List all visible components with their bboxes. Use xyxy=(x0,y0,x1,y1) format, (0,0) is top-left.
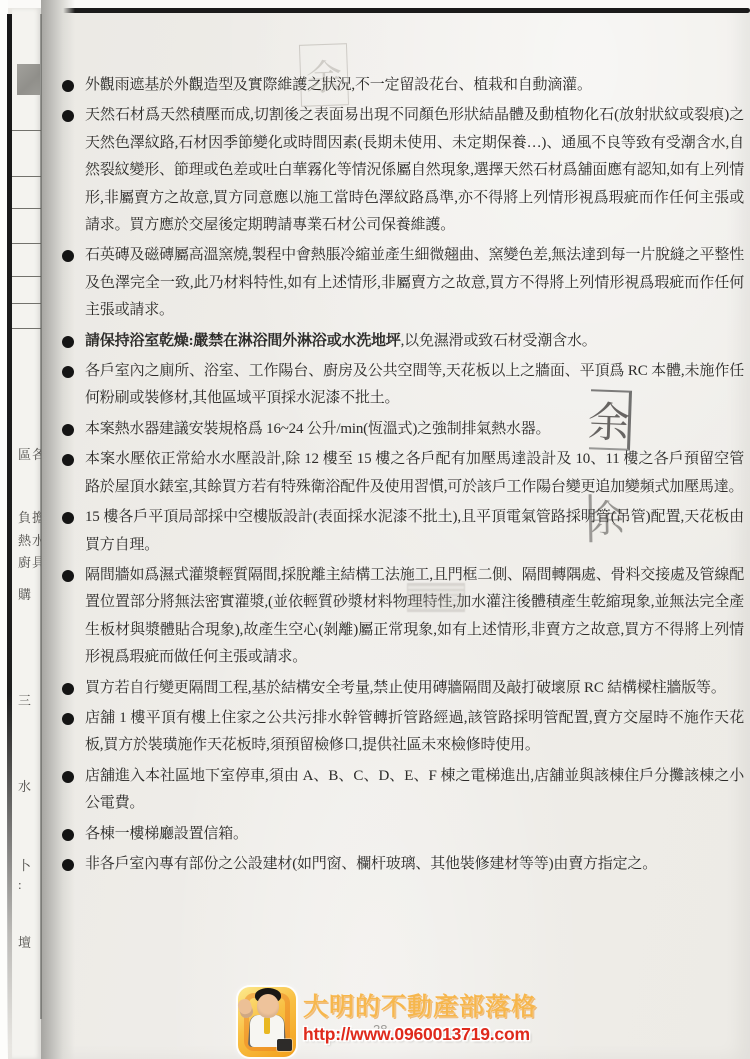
page-top-border xyxy=(50,8,750,13)
bullet-icon xyxy=(62,512,74,524)
bleed-through-fragment: 水 xyxy=(18,776,32,795)
bullet-item: 本案熱水器建議安裝規格爲 16~24 公升/min(恆溫式)之強制排氣熱水器。 xyxy=(60,416,744,443)
bullet-icon xyxy=(62,366,74,378)
bullet-item: 非各戶室內專有部份之公設建材(如門窗、欄杆玻璃、其他裝修建材等等)由賣方指定之。 xyxy=(60,851,744,878)
blog-logo xyxy=(238,987,296,1057)
edge-tick xyxy=(12,328,41,329)
bullet-item: 15 樓各戶平頂局部採中空樓版設計(表面採水泥漆不批土),且平頂電氣管路採明管(… xyxy=(60,504,744,559)
bullet-item: 買方若自行變更隔間工程,基於結構安全考量,禁止使用磚牆隔間及敲打破壞原 RC 結… xyxy=(60,675,744,702)
bleed-through-fragment: 卜 xyxy=(18,855,32,874)
bullet-icon xyxy=(62,454,74,466)
blog-name: 大明的不動產部落格 xyxy=(303,987,537,1023)
binding-shadow-line xyxy=(40,14,42,1019)
bleed-through-fragment: 熱水 xyxy=(18,530,41,549)
blog-url: http://www.0960013719.com xyxy=(303,1024,537,1045)
bullet-item: 天然石材爲天然積壓而成,切割後之表面易出現不同顏色形狀結晶體及動植物化石(放射狀… xyxy=(60,102,744,239)
bullet-icon xyxy=(62,713,74,725)
notes-list: 外觀雨遮基於外觀造型及實際維護之狀況,不一定留設花台、植栽和自動滴灌。天然石材爲… xyxy=(60,72,744,881)
bullet-item: 請保持浴室乾燥:嚴禁在淋浴間外淋浴或水洗地坪,以免濕滑或致石材受潮含水。 xyxy=(60,328,744,355)
bullet-icon xyxy=(62,424,74,436)
bullet-item: 各戶室內之廁所、浴室、工作陽台、廚房及公共空間等,天花板以上之牆面、平頂爲 RC… xyxy=(60,358,744,413)
bullet-icon xyxy=(62,336,74,348)
edge-tick xyxy=(12,303,41,304)
scanned-document-page: 區各負擔熱水廚具購三水卜:壇 外觀雨遮基於外觀造型及實際維護之狀況,不一定留設花… xyxy=(0,0,750,1059)
bullet-item: 隔間牆如爲濕式灌漿輕質隔間,採脫離主結構工法施工,且門框二側、隔間轉隅處、骨料交… xyxy=(60,562,744,672)
company-stamp-blur xyxy=(408,584,464,611)
edge-ink-mark xyxy=(17,64,40,95)
edge-tick xyxy=(12,276,41,277)
edge-tick xyxy=(12,130,41,131)
page-stack-edge: 區各負擔熱水廚具購三水卜:壇 xyxy=(12,8,41,1059)
edge-tick xyxy=(12,243,41,244)
bleed-through-fragment: : xyxy=(18,877,23,893)
bleed-through-fragment: 三 xyxy=(18,690,32,709)
bullet-item: 石英磚及磁磚屬高溫窯燒,製程中會熱脹冷縮並產生細微翹曲、窯變色差,無法達到每一片… xyxy=(60,242,744,324)
bleed-through-fragment: 壇 xyxy=(18,932,32,951)
mascot-tie xyxy=(264,1017,270,1034)
bullet-item: 外觀雨遮基於外觀造型及實際維護之狀況,不一定留設花台、植栽和自動滴灌。 xyxy=(60,72,744,99)
scan-top-margin xyxy=(0,0,750,8)
bleed-through-fragment: 區各 xyxy=(18,444,41,463)
bullet-icon xyxy=(62,829,74,841)
blog-watermark: 大明的不動產部落格 http://www.0960013719.com xyxy=(238,987,537,1057)
bullet-item: 店舖進入本社區地下室停車,須由 A、B、C、D、E、F 棟之電梯進出,店舖並與該… xyxy=(60,763,744,818)
bleed-through-fragment: 廚具 xyxy=(18,552,41,571)
mascot-briefcase xyxy=(277,1039,292,1051)
mascot-face xyxy=(257,994,279,1018)
bleed-through-fragment: 負擔 xyxy=(18,507,41,526)
edge-tick xyxy=(12,176,41,177)
bleed-through-fragment: 購 xyxy=(18,584,32,603)
bullet-icon xyxy=(62,250,74,262)
bullet-item: 本案水壓依正常給水水壓設計,除 12 樓至 15 樓之各戶配有加壓馬達設計及 1… xyxy=(60,446,744,501)
bullet-icon xyxy=(62,110,74,122)
bullet-item: 店舖 1 樓平頂有樓上住家之公共污排水幹管轉折管路經過,該管路採明管配置,賣方交… xyxy=(60,705,744,760)
bullet-icon xyxy=(62,80,74,92)
bullet-icon xyxy=(62,683,74,695)
bullet-icon xyxy=(62,771,74,783)
watermark-text: 大明的不動產部落格 http://www.0960013719.com xyxy=(303,987,537,1045)
bullet-item: 各棟一樓梯廳設置信箱。 xyxy=(60,821,744,848)
edge-tick xyxy=(12,208,41,209)
bullet-icon xyxy=(62,859,74,871)
bullet-icon xyxy=(62,570,74,582)
